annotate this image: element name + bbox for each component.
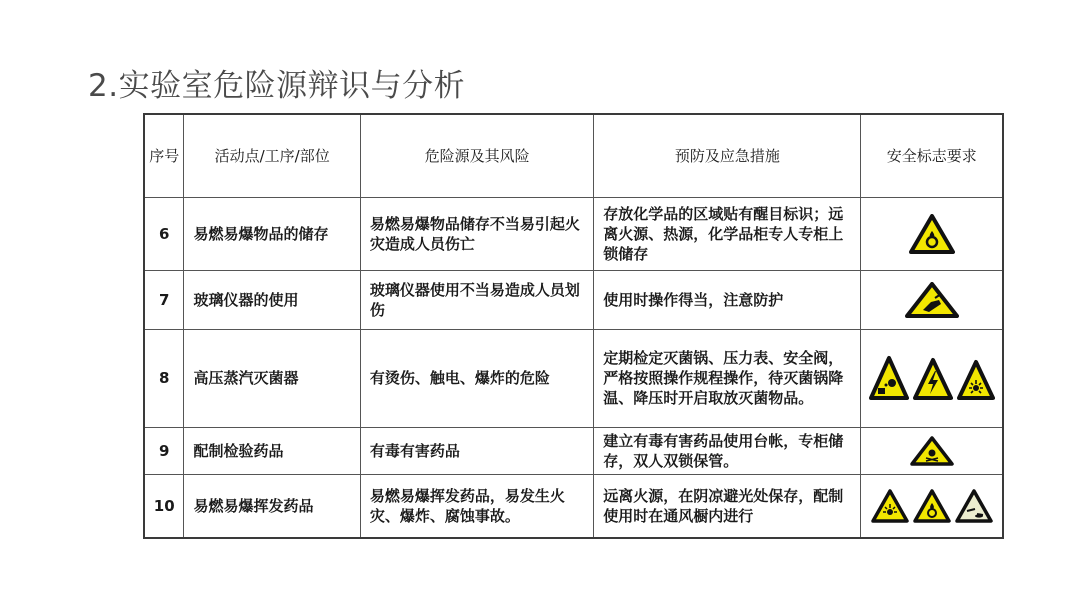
row-hazard: 有烫伤、触电、爆炸的危险 [360,329,593,427]
cut-hand-warning-icon [905,282,959,318]
row-no: 10 [144,474,184,538]
row-signs [861,474,1003,538]
row-signs [861,270,1003,329]
hazard-analysis-table: 序号 活动点/工序/部位 危险源及其风险 预防及应急措施 安全标志要求 6 易燃… [143,113,1004,539]
hot-scald-warning-icon [869,355,909,401]
table-header-row: 序号 活动点/工序/部位 危险源及其风险 预防及应急措施 安全标志要求 [144,114,1003,197]
header-prevention: 预防及应急措施 [594,114,861,197]
table-row: 7 玻璃仪器的使用 玻璃仪器使用不当易造成人员划伤 使用时操作得当，注意防护 [144,270,1003,329]
row-hazard: 易燃易爆挥发药品，易发生火灾、爆炸、腐蚀事故。 [360,474,593,538]
explosion-warning-icon [957,359,995,401]
row-prevention: 定期检定灭菌锅、压力表、安全阀，严格按照操作规程操作，待灭菌锅降温、降压时开启取… [594,329,861,427]
row-no: 7 [144,270,184,329]
header-hazard: 危险源及其风险 [360,114,593,197]
row-prevention: 远离火源，在阴凉避光处保存，配制使用时在通风橱内进行 [594,474,861,538]
row-activity: 玻璃仪器的使用 [184,270,360,329]
table-row: 9 配制检验药品 有毒有害药品 建立有毒有害药品使用台帐，专柜储存，双人双锁保管… [144,427,1003,474]
explosion-warning-icon [871,489,909,523]
page-title: 2.实验室危险源辩识与分析 [88,60,465,105]
toxic-warning-icon [910,436,954,466]
header-signs: 安全标志要求 [861,114,1003,197]
row-activity: 易燃易爆物品的储存 [184,197,360,270]
flammable-warning-icon [913,489,951,523]
row-prevention: 使用时操作得当，注意防护 [594,270,861,329]
row-activity: 易燃易爆挥发药品 [184,474,360,538]
row-signs [861,427,1003,474]
row-hazard: 玻璃仪器使用不当易造成人员划伤 [360,270,593,329]
electric-shock-warning-icon [913,357,953,401]
row-no: 9 [144,427,184,474]
header-activity: 活动点/工序/部位 [184,114,360,197]
corrosive-warning-icon [955,489,993,523]
row-hazard: 有毒有害药品 [360,427,593,474]
table-row: 10 易燃易爆挥发药品 易燃易爆挥发药品，易发生火灾、爆炸、腐蚀事故。 远离火源… [144,474,1003,538]
row-signs [861,329,1003,427]
row-prevention: 建立有毒有害药品使用台帐，专柜储存，双人双锁保管。 [594,427,861,474]
row-no: 6 [144,197,184,270]
flammable-warning-icon [909,214,955,254]
row-activity: 配制检验药品 [184,427,360,474]
table-row: 6 易燃易爆物品的储存 易燃易爆物品储存不当易引起火灾造成人员伤亡 存放化学品的… [144,197,1003,270]
row-activity: 高压蒸汽灭菌器 [184,329,360,427]
header-no: 序号 [144,114,184,197]
row-signs [861,197,1003,270]
row-no: 8 [144,329,184,427]
row-hazard: 易燃易爆物品储存不当易引起火灾造成人员伤亡 [360,197,593,270]
table-row: 8 高压蒸汽灭菌器 有烫伤、触电、爆炸的危险 定期检定灭菌锅、压力表、安全阀，严… [144,329,1003,427]
row-prevention: 存放化学品的区域贴有醒目标识；远离火源、热源，化学品柜专人专柜上锁储存 [594,197,861,270]
